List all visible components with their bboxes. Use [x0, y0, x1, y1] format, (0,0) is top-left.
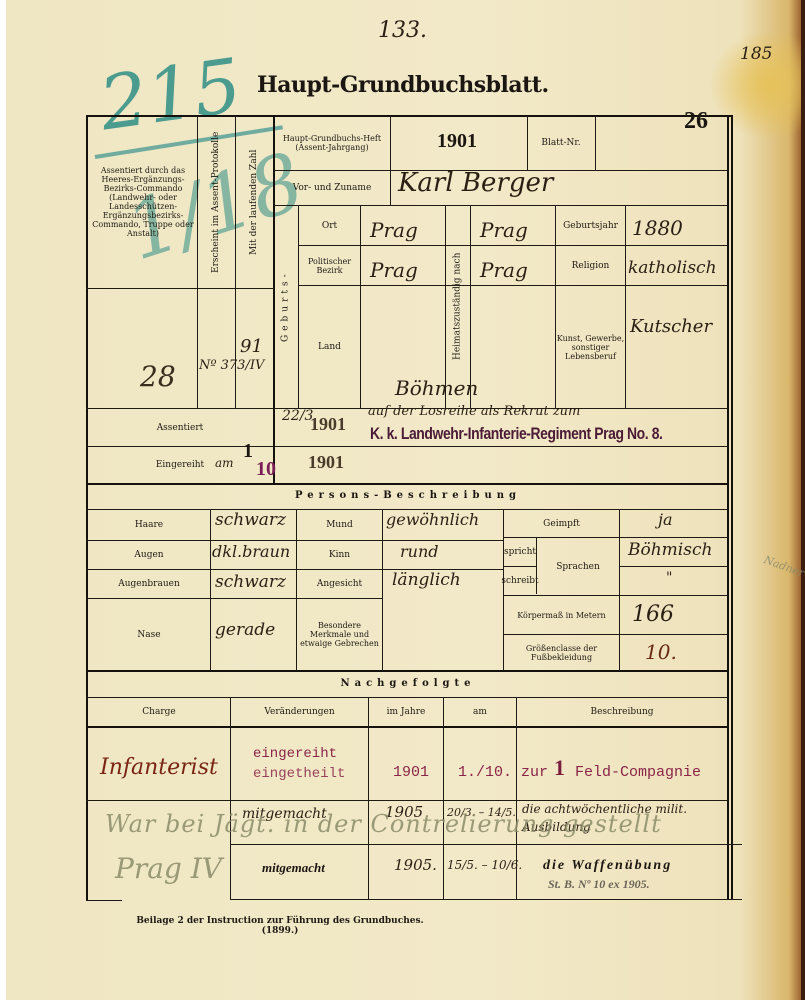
ort-value: Prag — [370, 218, 418, 242]
row1-beschreibung-num: 1 — [554, 755, 565, 781]
col-line — [368, 697, 369, 900]
row1-veraenderungen-1: eingereiht — [253, 746, 337, 762]
blatt-value: 26 — [684, 108, 708, 135]
haare-label: Haare — [88, 510, 210, 540]
eingereiht-year: 1901 — [308, 452, 344, 473]
geburtsjahr-label: Geburtsjahr — [556, 206, 625, 245]
assentiert-durch-value: 28 — [140, 360, 176, 393]
document-title: Haupt-Grundbuchsblatt. — [257, 72, 549, 98]
row1-beschreibung-post: Feld-Compagnie — [575, 764, 701, 781]
angesicht-label: Angesicht — [297, 570, 382, 598]
land-value: Böhmen — [395, 376, 478, 400]
eingereiht-date-num: 1 — [243, 440, 253, 463]
row1-jahr: 1901 — [393, 764, 429, 781]
row1-am: 1./10. — [458, 764, 512, 781]
pencil-note-2: Prag IV — [115, 852, 222, 885]
page-number: 133. — [378, 18, 427, 43]
document-page: 133. 185 215 1/18 Haupt-Grundbuchsblatt.… — [0, 0, 805, 1000]
koerpermass-label: Körpermaß in Metern — [504, 596, 619, 634]
merkmale-label: Besondere Merkmale und etwaige Gebrechen — [297, 599, 382, 670]
augen-label: Augen — [88, 541, 210, 569]
row1-charge: Infanterist — [100, 755, 218, 780]
col-line — [443, 697, 444, 900]
row3-jahr: 1905. — [394, 856, 437, 874]
row-line — [86, 670, 728, 672]
row-line — [298, 285, 728, 286]
brauen-label: Augenbrauen — [88, 570, 210, 598]
row-line — [619, 566, 728, 567]
col-header-jahr: im Jahre — [369, 698, 443, 726]
heimat-bezirk-value: Prag — [480, 258, 528, 282]
nachgefolgte-title: Nachgefolgte — [88, 678, 728, 689]
angesicht-value: länglich — [392, 570, 461, 590]
col-line — [625, 205, 626, 408]
land-label: Land — [299, 286, 360, 408]
assentiert-note: auf der Losreihe als Rekrut zum — [368, 404, 580, 419]
frame-bottom-left — [86, 900, 122, 901]
persons-title: Persons-Beschreibung — [88, 490, 728, 501]
col-line — [230, 697, 231, 900]
row3-beschreibung-1: die Waffenübung — [543, 858, 672, 874]
row-line — [298, 245, 728, 246]
sprachen-label: Sprachen — [537, 538, 619, 595]
mund-label: Mund — [297, 510, 382, 540]
regiment-stamp: K. k. Landwehr-Infanterie-Regiment Prag … — [370, 424, 663, 444]
pencil-note-1: War bei Jägt. in der Contrelierung geste… — [105, 810, 662, 838]
col-header-beschreibung: Beschreibung — [517, 698, 727, 726]
geburtsjahr-value: 1880 — [632, 216, 683, 240]
assentiert-year: 1901 — [310, 414, 346, 435]
name-label: Vor- und Zuname — [275, 172, 389, 204]
heimat-ort-value: Prag — [480, 218, 528, 242]
col-line — [390, 115, 391, 170]
col-header-charge: Charge — [88, 698, 230, 726]
sprachen-value: Böhmisch — [628, 540, 712, 560]
fuss-label: Größenclasse der Fußbekleidung — [504, 635, 619, 670]
corner-number: 185 — [740, 44, 772, 64]
geburts-label: Geburts- — [273, 205, 298, 408]
heft-label: Haupt-Grundbuchs-Heft (Assent-Jahrgang) — [275, 118, 389, 168]
brauen-value: schwarz — [215, 572, 286, 592]
col-header-veraenderungen: Veränderungen — [231, 698, 368, 726]
frame-right-outer — [731, 115, 733, 900]
augen-value: dkl.braun — [212, 542, 290, 561]
col-line — [360, 205, 361, 408]
mund-value: gewöhnlich — [386, 510, 479, 529]
religion-label: Religion — [556, 246, 625, 285]
frame-top — [86, 115, 732, 117]
margin-note: Nadner — [762, 553, 805, 580]
row3-veraenderungen: mitgemacht — [262, 860, 325, 876]
schreibt-value: " — [666, 570, 672, 586]
row3-beschreibung-2: St. B. Nº 10 ex 1905. — [548, 877, 650, 892]
fuss-value: 10. — [645, 640, 677, 664]
frame-left — [86, 115, 88, 900]
col-line — [210, 509, 211, 670]
spricht-label: spricht — [504, 538, 536, 566]
row1-veraenderungen-2: eingetheilt — [253, 766, 345, 782]
eingereiht-label: Eingereiht — [150, 447, 210, 483]
ort-label: Ort — [299, 206, 360, 245]
assentiert-date: 22/3 — [282, 408, 313, 424]
row-line — [86, 288, 274, 289]
laufende-zahl-label: Mit der laufenden Zahl — [235, 118, 273, 286]
col-line — [382, 509, 383, 670]
frame-right — [727, 115, 729, 900]
blatt-label: Blatt-Nr. — [528, 118, 594, 168]
geimpft-value: ja — [658, 510, 673, 529]
name-value: Karl Berger — [398, 168, 553, 198]
koerpermass-value: 166 — [632, 602, 674, 627]
scan-edge-left — [0, 0, 6, 1000]
bezirk-label: Politischer Bezirk — [299, 246, 360, 285]
col-line — [390, 170, 391, 205]
schreibt-label: schreibt — [504, 567, 536, 595]
col-line — [619, 509, 620, 670]
eingereiht-am: am — [215, 456, 234, 470]
beruf-value: Kutscher — [630, 316, 712, 337]
row-line — [86, 726, 728, 728]
erscheint-label: Erscheint im Assent-Protokolle — [197, 118, 235, 286]
kinn-value: rund — [400, 542, 439, 561]
row-line — [230, 844, 742, 845]
beruf-label: Kunst, Gewerbe, sonstiger Lebensberuf — [556, 286, 625, 408]
religion-value: katholisch — [628, 258, 717, 278]
row-line — [86, 800, 728, 801]
eingereiht-date-den: 10 — [256, 458, 276, 481]
erscheint-value: Nº 373/IV — [199, 358, 264, 373]
col-header-am: am — [444, 698, 516, 726]
row-line — [86, 483, 728, 485]
row1-beschreibung-pre: zur — [521, 764, 548, 781]
bezirk-value: Prag — [370, 258, 418, 282]
col-line — [595, 115, 596, 170]
haare-value: schwarz — [215, 510, 286, 530]
nase-value: gerade — [215, 620, 275, 640]
row-line — [230, 899, 742, 900]
assentiert-durch-label: Assentiert durch das Heeres-Ergänzungs-B… — [90, 118, 196, 286]
footer-text: Beilage 2 der Instruction zur Führung de… — [120, 918, 440, 934]
kinn-label: Kinn — [297, 541, 382, 569]
geimpft-label: Geimpft — [504, 510, 619, 537]
row3-am: 15/5. – 10/6. — [447, 858, 522, 872]
laufende-zahl-value: 91 — [240, 336, 263, 357]
nase-label: Nase — [88, 599, 210, 670]
scan-edge-right — [801, 0, 805, 1000]
heft-value: 1901 — [437, 130, 477, 153]
